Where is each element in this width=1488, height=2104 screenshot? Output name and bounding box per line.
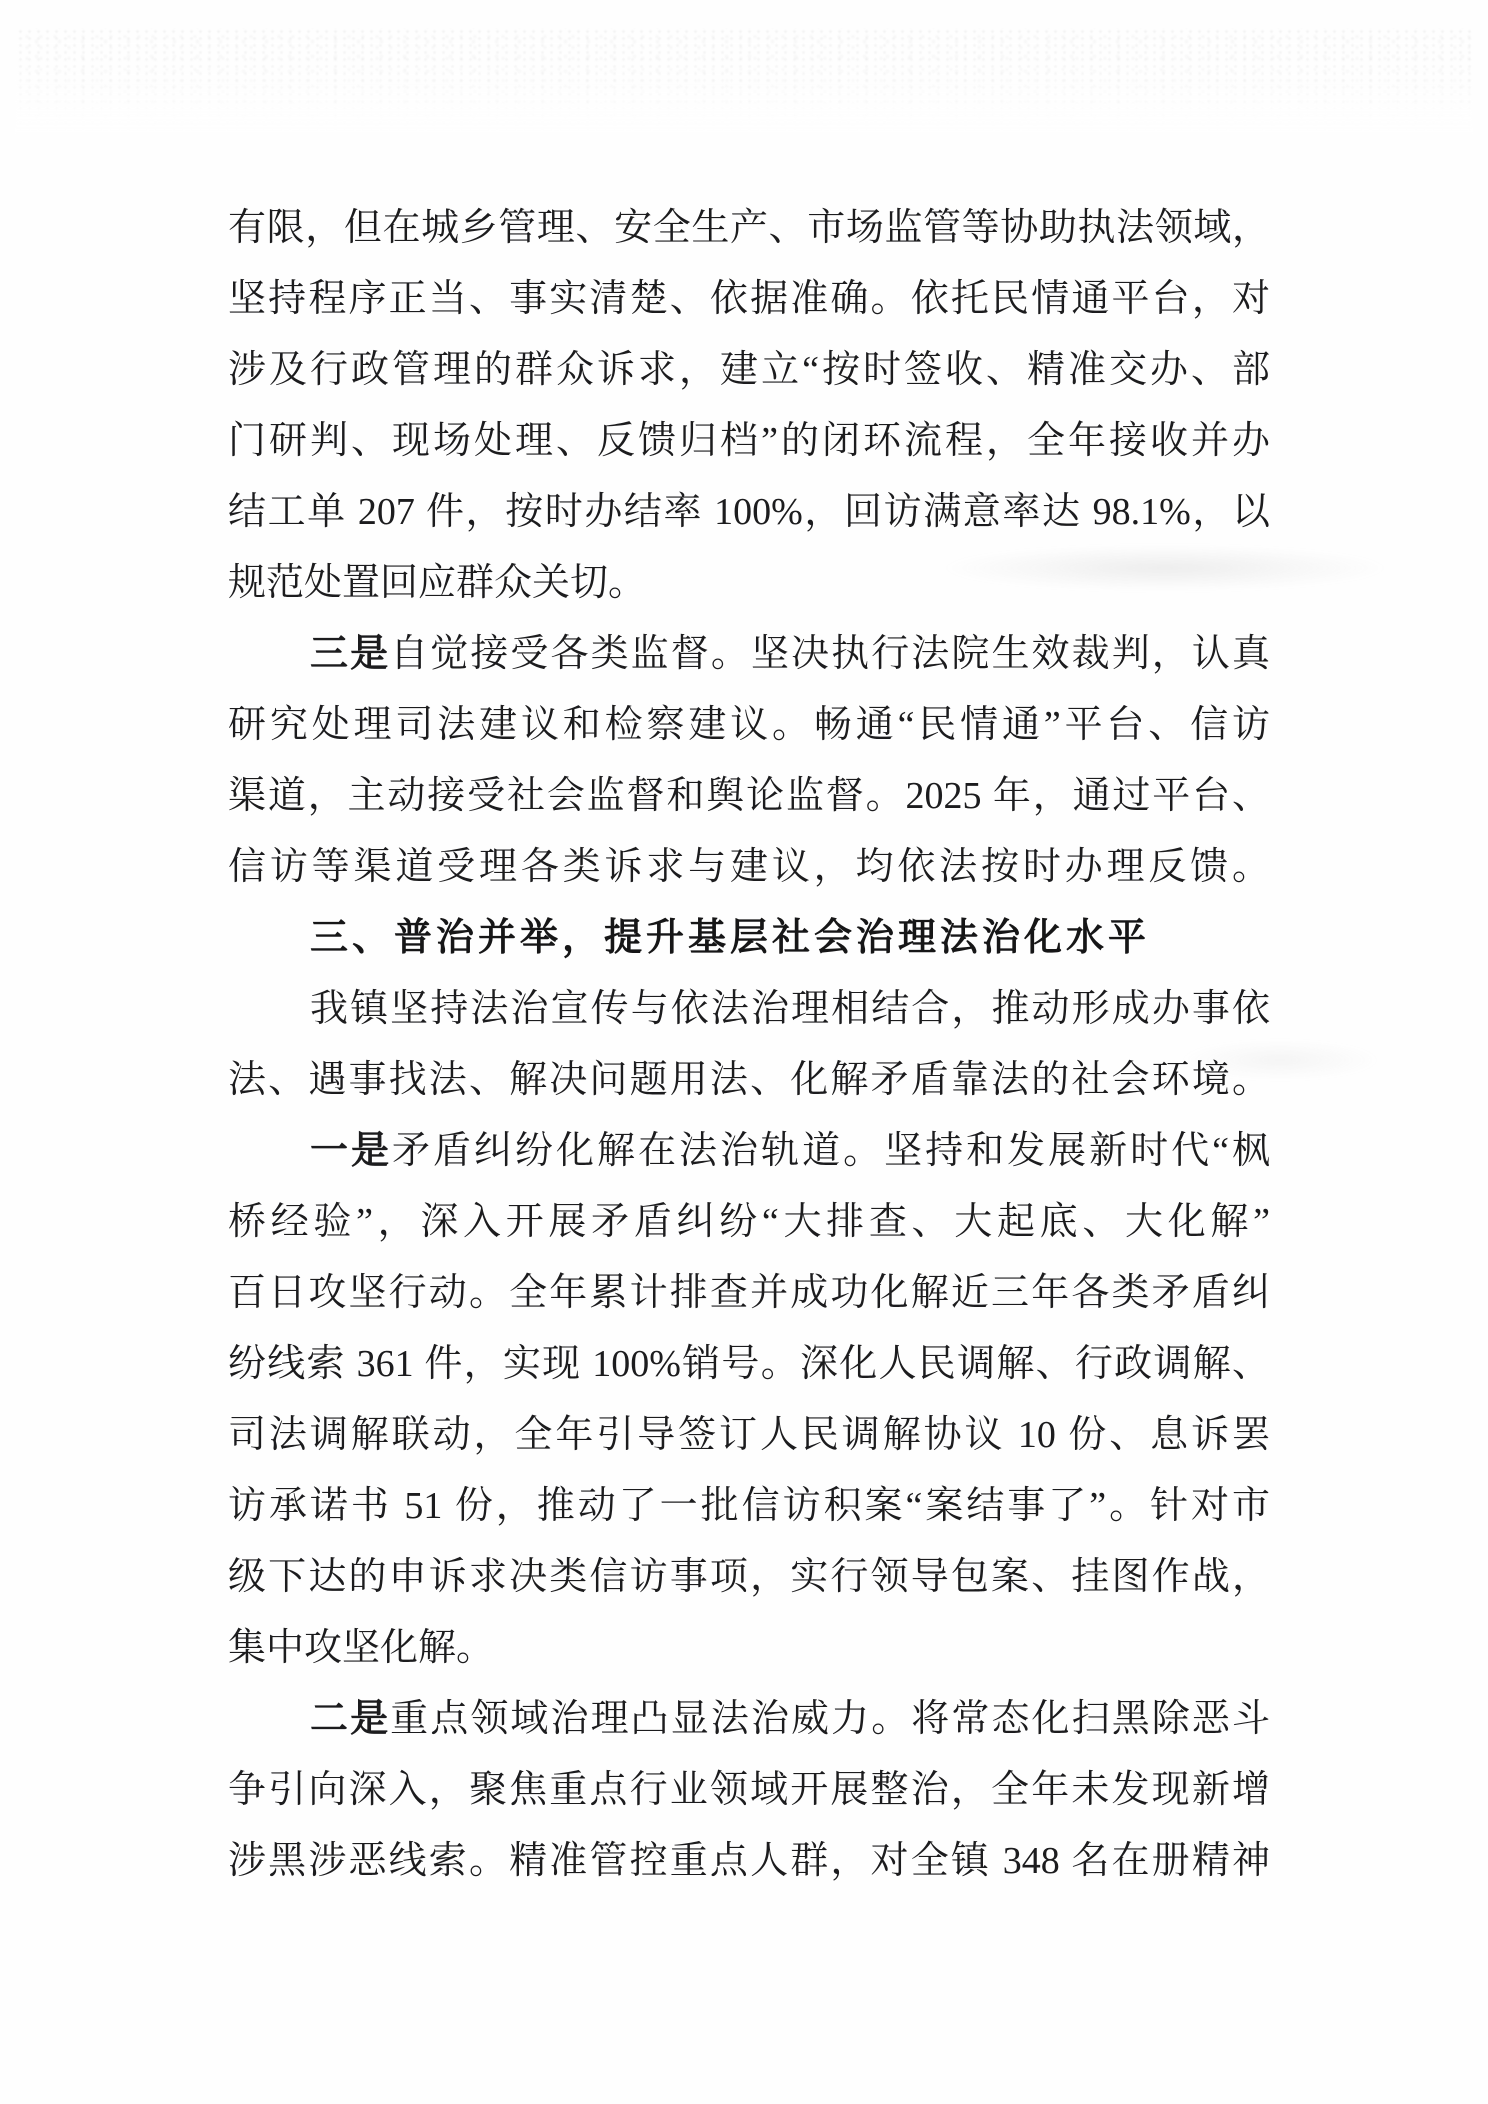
document-text-block: 有限，但在城乡管理、安全生产、市场监管等协助执法领域，坚持程序正当、事实清楚、依… — [228, 193, 1270, 1897]
text-line: 纷线索 361 件，实现 100%销号。深化人民调解、行政调解、 — [228, 1329, 1270, 1400]
text-line: 法、遇事找法、解决问题用法、化解矛盾靠法的社会环境。 — [228, 1045, 1270, 1116]
text-line: 涉及行政管理的群众诉求，建立“按时签收、精准交办、部 — [228, 335, 1270, 406]
line-text: 自觉接受各类监督。坚决执行法院生效裁判，认真 — [390, 633, 1270, 675]
text-line: 信访等渠道受理各类诉求与建议，均依法按时办理反馈。 — [228, 832, 1270, 903]
line-text: 门研判、现场处理、反馈归档”的闭环流程，全年接收并办 — [228, 420, 1270, 462]
line-text: 坚持程序正当、事实清楚、依据准确。依托民情通平台，对 — [228, 278, 1270, 320]
text-line: 集中攻坚化解。 — [228, 1613, 1270, 1684]
line-text: 涉及行政管理的群众诉求，建立“按时签收、精准交办、部 — [228, 349, 1270, 391]
section-heading: 三、普治并举，提升基层社会治理法治化水平 — [228, 903, 1270, 974]
text-line: 司法调解联动，全年引导签订人民调解协议 10 份、息诉罢 — [228, 1400, 1270, 1471]
text-line: 坚持程序正当、事实清楚、依据准确。依托民情通平台，对 — [228, 264, 1270, 335]
text-line: 规范处置回应群众关切。 — [228, 548, 1270, 619]
text-line: 百日攻坚行动。全年累计排查并成功化解近三年各类矛盾纠 — [228, 1258, 1270, 1329]
text-line: 门研判、现场处理、反馈归档”的闭环流程，全年接收并办 — [228, 406, 1270, 477]
line-text: 访承诺书 51 份，推动了一批信访积案“案结事了”。针对市 — [228, 1485, 1270, 1527]
line-text: 争引向深入，聚焦重点行业领域开展整治，全年未发现新增 — [228, 1769, 1270, 1811]
line-text: 规范处置回应群众关切。 — [228, 562, 646, 604]
bold-lead-in: 二是 — [310, 1698, 390, 1740]
scan-noise-band — [16, 28, 1472, 133]
text-line: 争引向深入，聚焦重点行业领域开展整治，全年未发现新增 — [228, 1755, 1270, 1826]
line-text: 我镇坚持法治宣传与依法治理相结合，推动形成办事依 — [310, 988, 1270, 1030]
bold-lead-in: 三是 — [310, 633, 390, 675]
line-text: 法、遇事找法、解决问题用法、化解矛盾靠法的社会环境。 — [228, 1059, 1270, 1101]
text-line: 研究处理司法建议和检察建议。畅通“民情通”平台、信访 — [228, 690, 1270, 761]
line-text: 三、普治并举，提升基层社会治理法治化水平 — [310, 917, 1150, 959]
line-text: 信访等渠道受理各类诉求与建议，均依法按时办理反馈。 — [228, 846, 1270, 888]
line-text: 集中攻坚化解。 — [228, 1627, 494, 1669]
bold-lead-in: 一是 — [310, 1130, 392, 1172]
line-text: 级下达的申诉求决类信访事项，实行领导包案、挂图作战， — [228, 1556, 1270, 1598]
text-line: 桥经验”，深入开展矛盾纠纷“大排查、大起底、大化解” — [228, 1187, 1270, 1258]
text-line: 结工单 207 件，按时办结率 100%，回访满意率达 98.1%，以 — [228, 477, 1270, 548]
text-line: 涉黑涉恶线索。精准管控重点人群，对全镇 348 名在册精神 — [228, 1826, 1270, 1897]
text-line: 渠道，主动接受社会监督和舆论监督。2025 年，通过平台、 — [228, 761, 1270, 832]
line-text: 纷线索 361 件，实现 100%销号。深化人民调解、行政调解、 — [228, 1343, 1270, 1385]
line-text: 百日攻坚行动。全年累计排查并成功化解近三年各类矛盾纠 — [228, 1272, 1270, 1314]
line-text: 涉黑涉恶线索。精准管控重点人群，对全镇 348 名在册精神 — [228, 1840, 1270, 1882]
line-text: 桥经验”，深入开展矛盾纠纷“大排查、大起底、大化解” — [228, 1201, 1270, 1243]
document-page: 有限，但在城乡管理、安全生产、市场监管等协助执法领域，坚持程序正当、事实清楚、依… — [0, 0, 1488, 2104]
text-line: 我镇坚持法治宣传与依法治理相结合，推动形成办事依 — [228, 974, 1270, 1045]
text-line: 二是重点领域治理凸显法治威力。将常态化扫黑除恶斗 — [228, 1684, 1270, 1755]
text-line: 有限，但在城乡管理、安全生产、市场监管等协助执法领域， — [228, 193, 1270, 264]
line-text: 结工单 207 件，按时办结率 100%，回访满意率达 98.1%，以 — [228, 491, 1270, 533]
line-text: 渠道，主动接受社会监督和舆论监督。2025 年，通过平台、 — [228, 775, 1270, 817]
line-text: 研究处理司法建议和检察建议。畅通“民情通”平台、信访 — [228, 704, 1270, 746]
line-text: 司法调解联动，全年引导签订人民调解协议 10 份、息诉罢 — [228, 1414, 1270, 1456]
line-text: 有限，但在城乡管理、安全生产、市场监管等协助执法领域， — [228, 207, 1270, 249]
text-line: 访承诺书 51 份，推动了一批信访积案“案结事了”。针对市 — [228, 1471, 1270, 1542]
text-line: 级下达的申诉求决类信访事项，实行领导包案、挂图作战， — [228, 1542, 1270, 1613]
text-line: 一是矛盾纠纷化解在法治轨道。坚持和发展新时代“枫 — [228, 1116, 1270, 1187]
line-text: 重点领域治理凸显法治威力。将常态化扫黑除恶斗 — [390, 1698, 1270, 1740]
line-text: 矛盾纠纷化解在法治轨道。坚持和发展新时代“枫 — [392, 1130, 1270, 1172]
text-line: 三是自觉接受各类监督。坚决执行法院生效裁判，认真 — [228, 619, 1270, 690]
